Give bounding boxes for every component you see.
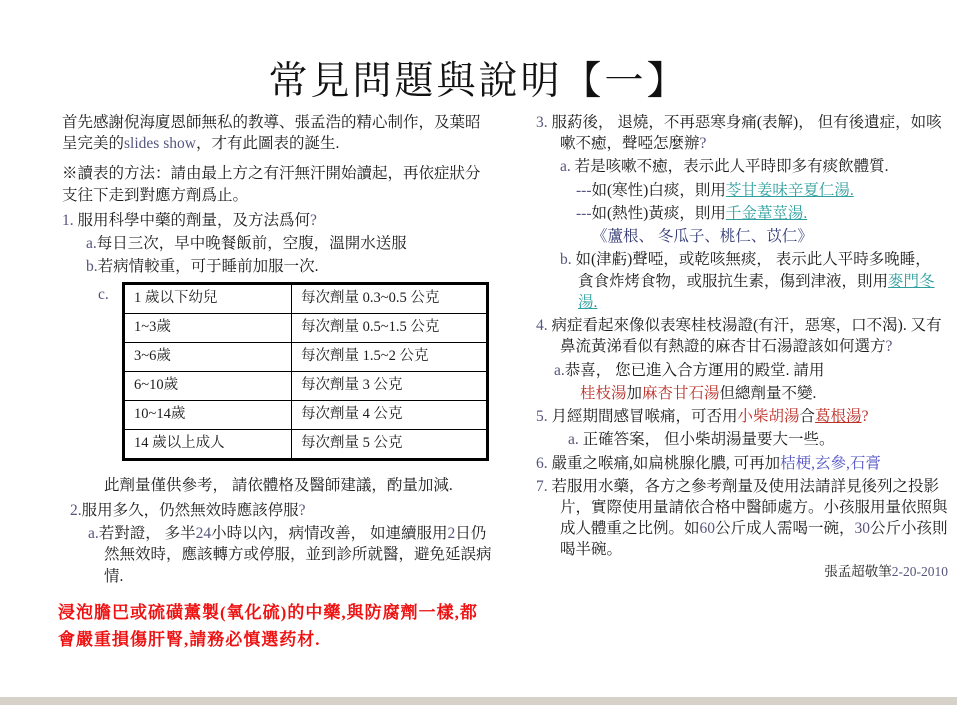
text-segment: 每日三次，早中晚餐飯前，空腹，溫開水送服	[97, 235, 407, 252]
link-ge-gen-tang[interactable]: 葛根湯	[815, 408, 862, 425]
text-segment: slides show	[124, 135, 196, 152]
text-segment: b.	[560, 251, 572, 268]
text-segment: 嚴重之喉痛,如扁桃腺化膿, 可再加	[548, 455, 781, 472]
age-cell: 3~6歲	[124, 342, 292, 371]
dose-cell: 每次劑量 5 公克	[292, 429, 488, 459]
author-signature: 張孟超敬筆2-20-2010	[530, 563, 948, 581]
text-segment: 浸泡膽巴或硫磺薰製(氧化硫)的中藥,與防腐劑一樣,都會嚴重損傷肝腎,請務必慎選药…	[58, 603, 478, 650]
question-3a-cold-phlegm: ---如(寒性)白痰，則用苓甘姜味辛夏仁湯.	[576, 180, 948, 201]
text-segment: ?	[310, 212, 317, 229]
link-qian-jin-wei-jing-tang[interactable]: 千金葦莖湯.	[726, 205, 807, 222]
text-segment: ---	[576, 182, 592, 199]
text-segment: 2-20-2010	[892, 564, 948, 579]
text-segment: 張孟超敬筆	[824, 564, 892, 579]
question-1c-label: c.	[98, 282, 122, 305]
question-4a: a.恭喜， 您已進入合方運用的殿堂. 請用	[554, 360, 948, 381]
question-3: 3. 服葯後， 退燒，不再惡寒身痛(表解)， 但有後遺症，如咳嗽不癒，聲啞怎麼辦…	[536, 112, 948, 154]
question-3a: a. 若是咳嗽不癒，表示此人平時即多有痰飲體質.	[560, 156, 948, 177]
dose-cell: 每次劑量 3 公克	[292, 371, 488, 400]
question-4a-formulas: 桂枝湯加麻杏甘石湯但總劑量不變.	[580, 383, 948, 404]
table-row: 10~14歲 每次劑量 4 公克	[124, 400, 488, 429]
age-cell: 1 歲以下幼兒	[124, 283, 292, 313]
dose-cell: 每次劑量 0.5~1.5 公克	[292, 313, 488, 342]
text-segment: ※讀表的方法：請由最上方之有汗無汗開始讀起，再依症狀分支往下走到對應方劑爲止。	[62, 165, 481, 203]
formula-ma-xing-gan-shi-tang: 麻杏甘石湯	[642, 385, 720, 402]
question-1b: b.若病情較重，可于睡前加服一次.	[86, 256, 494, 277]
question-1c-row: c. 1 歲以下幼兒 每次劑量 0.3~0.5 公克 1~3歲 每次劑量 0.5…	[98, 282, 494, 461]
dose-cell: 每次劑量 0.3~0.5 公克	[292, 283, 488, 313]
question-7: 7. 若服用水藥，各方之參考劑量及使用法請詳見後列之投影片，實際使用量請依合格中…	[536, 476, 948, 561]
formula-gui-zhi-tang: 桂枝湯	[580, 385, 627, 402]
text-segment: 恭喜， 您已進入合方運用的殿堂. 請用	[565, 362, 825, 379]
text-segment: ?	[299, 502, 306, 519]
text-segment: 6.	[536, 455, 548, 472]
formula-xiao-chai-hu-tang: 小柴胡湯	[738, 408, 800, 425]
text-segment: 如(寒性)白痰，則用	[592, 182, 726, 199]
left-column: 首先感謝倪海廈恩師無私的教導、張孟浩的精心制作，及葉昭呈完美的slides sh…	[62, 112, 494, 654]
text-segment: 4.	[536, 317, 548, 334]
text-segment: 《蘆根、 冬瓜子、桃仁、苡仁》	[592, 228, 813, 245]
text-segment: 病症看起來像似表寒桂枝湯證(有汗，惡寒，口不渴). 又有鼻流黃涕看似有熱證的麻杏…	[548, 317, 942, 355]
question-2a: a.若對證， 多半24小時以內，病情改善， 如連續服用2日仍然無效時，應該轉方或…	[88, 523, 494, 587]
question-1a: a.每日三次，早中晚餐飯前，空腹，溫開水送服	[86, 233, 494, 254]
text-segment: 小時以內，病情改善， 如連續服用	[211, 525, 447, 542]
text-segment: 正確答案， 但小柴胡湯量要大一些。	[579, 431, 835, 448]
text-segment: 公斤成人需喝一碗，	[715, 520, 855, 537]
text-segment: ?	[862, 408, 869, 425]
herbs-jie-geng-xuan-shen-shi-gao: 桔梗,玄參,石膏	[780, 455, 881, 472]
question-3a-herb-list: 《蘆根、 冬瓜子、桃仁、苡仁》	[592, 226, 948, 247]
text-segment: 24	[196, 525, 212, 542]
question-3a-hot-phlegm: ---如(熱性)黃痰，則用千金葦莖湯.	[576, 203, 948, 224]
text-segment: 5.	[536, 408, 548, 425]
question-6: 6. 嚴重之喉痛,如扁桃腺化膿, 可再加桔梗,玄參,石膏	[536, 453, 948, 474]
text-segment: b.	[86, 258, 98, 275]
text-segment: 服葯後， 退燒，不再惡寒身痛(表解)， 但有後遺症，如咳嗽不癒，聲啞怎麼辦	[548, 114, 942, 152]
age-cell: 1~3歲	[124, 313, 292, 342]
question-3b: b. 如(津虧)聲啞，或乾咳無痰， 表示此人平時多晚睡， 貪食炸烤食物，或服抗生…	[560, 249, 948, 313]
text-segment: ?	[700, 135, 707, 152]
slide: 常見問題與說明【一】 首先感謝倪海廈恩師無私的教導、張孟浩的精心制作，及葉昭呈完…	[0, 0, 957, 705]
text-segment: 合	[800, 408, 816, 425]
window-bottom-edge	[0, 697, 957, 705]
dose-cell: 每次劑量 1.5~2 公克	[292, 342, 488, 371]
dosage-note: 此劑量僅供參考， 請依體格及醫師建議，酌量加減.	[104, 475, 494, 496]
text-segment: 3.	[536, 114, 548, 131]
text-segment: 7.	[536, 478, 548, 495]
sulfur-warning: 浸泡膽巴或硫磺薰製(氧化硫)的中藥,與防腐劑一樣,都會嚴重損傷肝腎,請務必慎選药…	[58, 599, 494, 654]
text-segment: ?	[886, 338, 893, 355]
dose-cell: 每次劑量 4 公克	[292, 400, 488, 429]
text-segment: a.	[88, 525, 99, 542]
slide-title: 常見問題與說明【一】	[0, 50, 957, 106]
text-segment: 1.	[62, 212, 74, 229]
dosage-table: 1 歲以下幼兒 每次劑量 0.3~0.5 公克 1~3歲 每次劑量 0.5~1.…	[122, 282, 489, 461]
question-5: 5. 月經期間感冒喉痛，可否用小柴胡湯合葛根湯?	[536, 406, 948, 427]
table-row: 3~6歲 每次劑量 1.5~2 公克	[124, 342, 488, 371]
text-segment: ---	[576, 205, 592, 222]
text-segment: a.	[554, 362, 565, 379]
text-segment: a.	[568, 431, 579, 448]
text-segment: 此劑量僅供參考， 請依體格及醫師建議，酌量加減.	[104, 477, 453, 494]
text-segment: 加	[627, 385, 643, 402]
question-2: 2.服用多久，仍然無效時應該停服?	[70, 500, 494, 521]
text-segment: 30	[855, 520, 871, 537]
text-segment: 服用多久，仍然無效時應該停服	[82, 502, 299, 519]
text-segment: 若是咳嗽不癒，表示此人平時即多有痰飲體質.	[571, 158, 889, 175]
table-row: 1~3歲 每次劑量 0.5~1.5 公克	[124, 313, 488, 342]
table-row: 14 歲以上成人 每次劑量 5 公克	[124, 429, 488, 459]
age-cell: 10~14歲	[124, 400, 292, 429]
text-segment: 但總劑量不變.	[720, 385, 817, 402]
age-cell: 14 歲以上成人	[124, 429, 292, 459]
text-segment: 如(津虧)聲啞，或乾咳無痰， 表示此人平時多晚睡， 貪食炸烤食物，或服抗生素，傷…	[572, 251, 931, 289]
table-row: 6~10歲 每次劑量 3 公克	[124, 371, 488, 400]
table-row: 1 歲以下幼兒 每次劑量 0.3~0.5 公克	[124, 283, 488, 313]
text-segment: a.	[86, 235, 97, 252]
question-4: 4. 病症看起來像似表寒桂枝湯證(有汗，惡寒，口不渴). 又有鼻流黃涕看似有熱證…	[536, 315, 948, 357]
text-segment: 若病情較重，可于睡前加服一次.	[98, 258, 319, 275]
text-segment: a.	[560, 158, 571, 175]
text-segment: 服用科學中藥的劑量，及方法爲何	[74, 212, 310, 229]
text-segment: 如(熱性)黃痰，則用	[592, 205, 726, 222]
text-segment: 若對證， 多半	[99, 525, 196, 542]
text-segment: c.	[98, 286, 109, 303]
question-1: 1. 服用科學中藥的劑量，及方法爲何?	[62, 210, 494, 231]
question-5a: a. 正確答案， 但小柴胡湯量要大一些。	[568, 429, 948, 450]
text-segment: 2.	[70, 502, 82, 519]
text-segment: ，才有此圖表的誕生.	[196, 135, 339, 152]
text-segment: 月經期間感冒喉痛，可否用	[548, 408, 738, 425]
text-segment: 60	[700, 520, 716, 537]
right-column: 3. 服葯後， 退燒，不再惡寒身痛(表解)， 但有後遺症，如咳嗽不癒，聲啞怎麼辦…	[530, 112, 948, 581]
reading-instructions: ※讀表的方法：請由最上方之有汗無汗開始讀起，再依症狀分支往下走到對應方劑爲止。	[62, 163, 494, 205]
link-ling-gan-jiang-wei-xin-xia-ren-tang[interactable]: 苓甘姜味辛夏仁湯.	[726, 182, 854, 199]
age-cell: 6~10歲	[124, 371, 292, 400]
intro-paragraph: 首先感謝倪海廈恩師無私的教導、張孟浩的精心制作，及葉昭呈完美的slides sh…	[62, 112, 494, 154]
